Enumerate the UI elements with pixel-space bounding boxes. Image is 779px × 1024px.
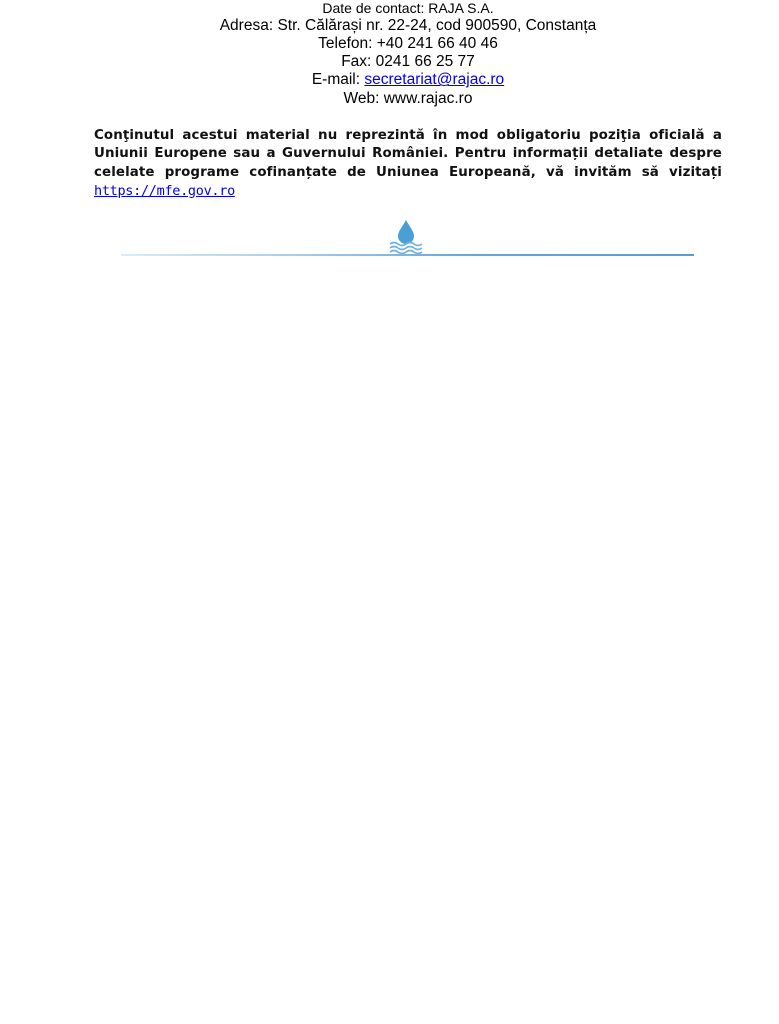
divider-line (121, 254, 694, 256)
contact-heading: Date de contact: RAJA S.A. (0, 0, 779, 17)
contact-email-label: E-mail: (312, 71, 365, 88)
email-link[interactable]: secretariat@rajac.ro (364, 71, 504, 88)
contact-fax: Fax: 0241 66 25 77 (0, 53, 779, 71)
disclaimer-text: Conţinutul acestui material nu reprezint… (94, 128, 722, 180)
contact-block: Date de contact: RAJA S.A. Adresa: Str. … (0, 0, 779, 108)
contact-email-line: E-mail: secretariat@rajac.ro (0, 71, 779, 89)
water-drop-waves-icon (389, 218, 423, 254)
contact-web: Web: www.rajac.ro (0, 90, 779, 108)
disclaimer-paragraph: Conţinutul acestui material nu reprezint… (94, 127, 722, 201)
contact-address: Adresa: Str. Călărași nr. 22-24, cod 900… (0, 17, 779, 35)
contact-phone: Telefon: +40 241 66 40 46 (0, 35, 779, 53)
mfe-link[interactable]: https://mfe.gov.ro (94, 183, 235, 199)
